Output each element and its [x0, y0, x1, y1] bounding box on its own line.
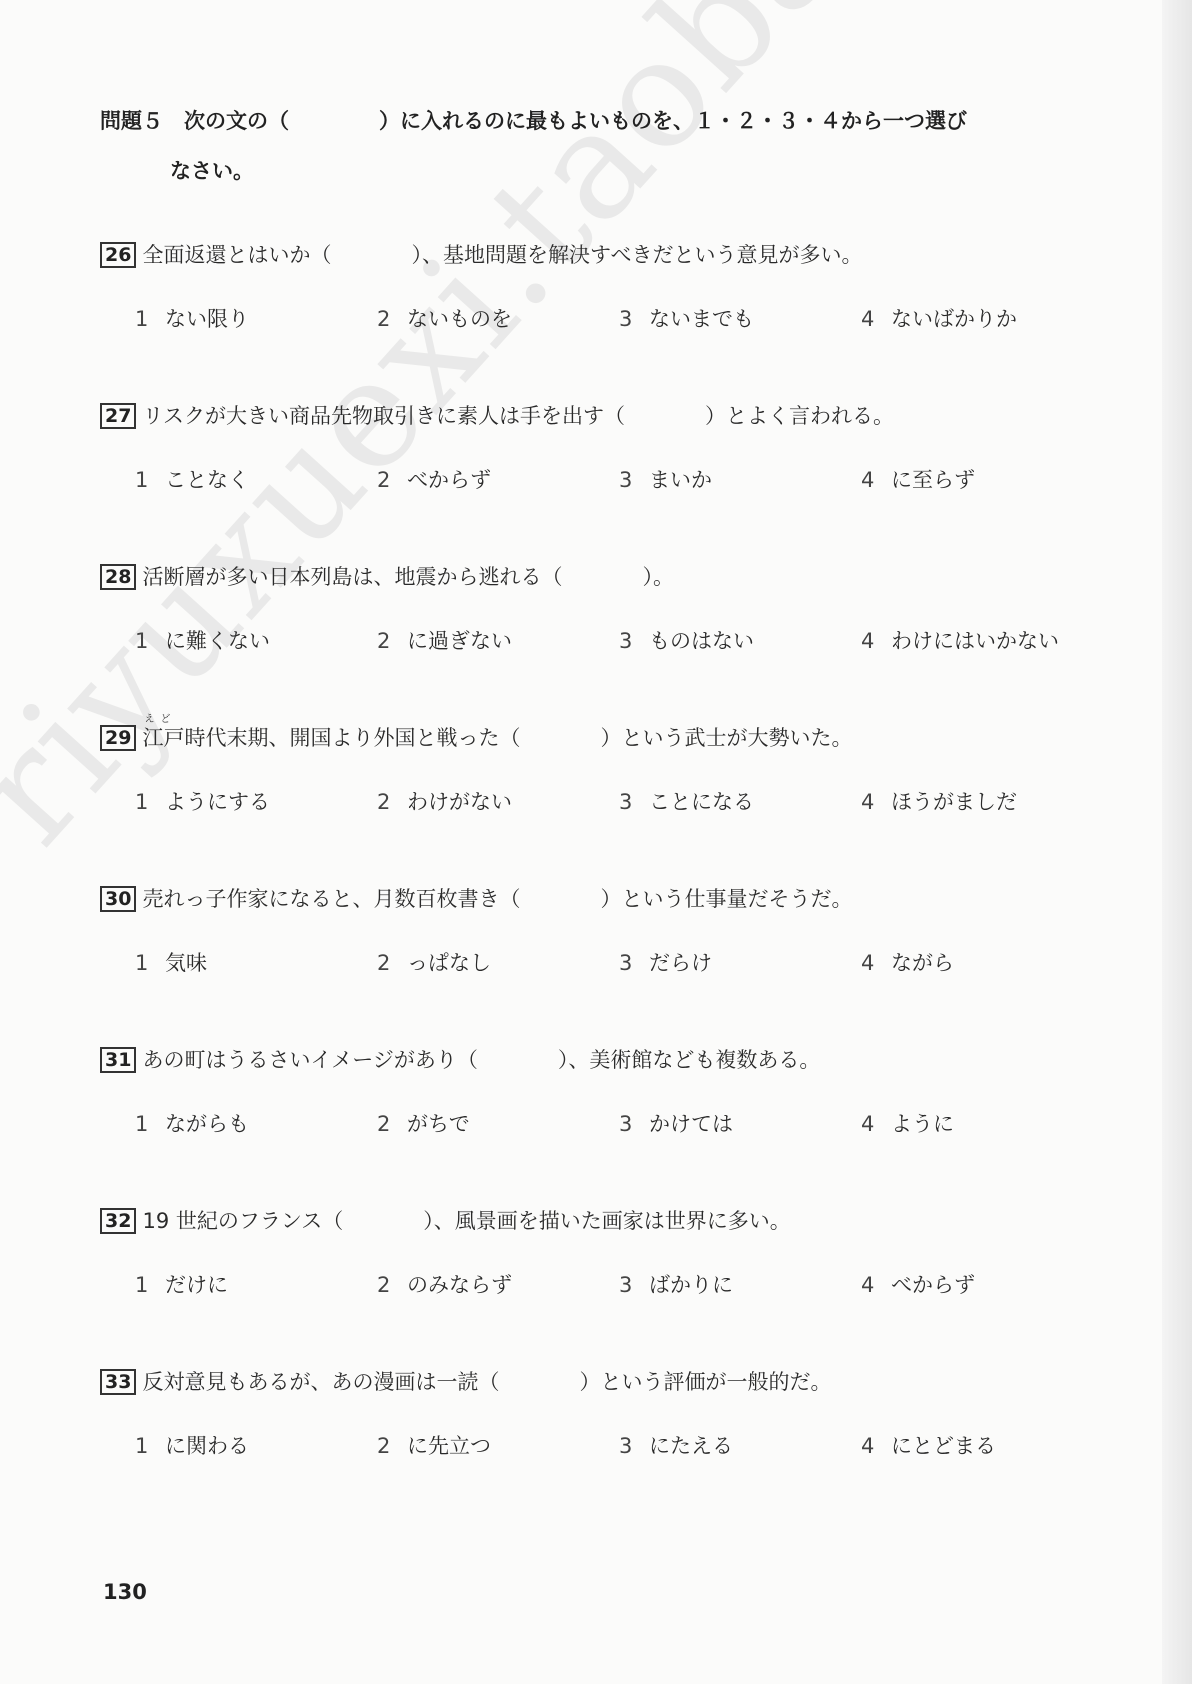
question-number-box: 32: [100, 1208, 136, 1234]
question-stem: 31 あの町はうるさいイメージがあり（）、美術館なども複数ある。: [100, 1045, 1100, 1075]
option-2[interactable]: 2に過ぎない: [342, 626, 584, 656]
question-29: 29 えど江戸時代末期、開国より外国と戦った（）という武士が大勢いた。 1ように…: [100, 723, 1100, 817]
ruby-annotated-word: えど江戸: [142, 723, 184, 753]
page-number: 130: [103, 1580, 147, 1604]
option-1[interactable]: 1ことなく: [100, 465, 342, 495]
option-3[interactable]: 3ばかりに: [584, 1270, 826, 1300]
question-stem: 27 リスクが大きい商品先物取引きに素人は手を出す（）とよく言われる。: [100, 401, 1100, 431]
question-number-box: 26: [100, 242, 136, 268]
option-1[interactable]: 1ない限り: [100, 304, 342, 334]
option-4[interactable]: 4べからず: [826, 1270, 1068, 1300]
option-4[interactable]: 4ほうがましだ: [826, 787, 1068, 817]
question-number-box: 28: [100, 564, 136, 590]
option-1[interactable]: 1ようにする: [100, 787, 342, 817]
question-number-box: 27: [100, 403, 136, 429]
question-stem: 32 19 世紀のフランス（）、風景画を描いた画家は世界に多い。: [100, 1206, 1100, 1236]
option-2[interactable]: 2べからず: [342, 465, 584, 495]
option-1[interactable]: 1ながらも: [100, 1109, 342, 1139]
option-4[interactable]: 4にとどまる: [826, 1431, 1068, 1461]
question-stem: 26 全面返還とはいか（）、基地問題を解決すべきだという意見が多い。: [100, 240, 1100, 270]
option-3[interactable]: 3まいか: [584, 465, 826, 495]
answer-options: 1気味 2っぱなし 3だらけ 4ながら: [100, 948, 1100, 978]
section-instructions: 問題５ 次の文の（）に入れるのに最もよいものを、１・２・３・４から一つ選び なさ…: [100, 96, 1100, 196]
question-31: 31 あの町はうるさいイメージがあり（）、美術館なども複数ある。 1ながらも 2…: [100, 1045, 1100, 1139]
question-stem: 28 活断層が多い日本列島は、地震から逃れる（）。: [100, 562, 1100, 592]
question-28: 28 活断層が多い日本列島は、地震から逃れる（）。 1に難くない 2に過ぎない …: [100, 562, 1100, 656]
option-1[interactable]: 1に関わる: [100, 1431, 342, 1461]
option-1[interactable]: 1に難くない: [100, 626, 342, 656]
option-2[interactable]: 2っぱなし: [342, 948, 584, 978]
question-27: 27 リスクが大きい商品先物取引きに素人は手を出す（）とよく言われる。 1ことな…: [100, 401, 1100, 495]
answer-options: 1に難くない 2に過ぎない 3ものはない 4わけにはいかない: [100, 626, 1100, 656]
option-2[interactable]: 2がちで: [342, 1109, 584, 1139]
option-4[interactable]: 4ながら: [826, 948, 1068, 978]
option-3[interactable]: 3ことになる: [584, 787, 826, 817]
answer-options: 1に関わる 2に先立つ 3にたえる 4にとどまる: [100, 1431, 1100, 1461]
question-number-box: 30: [100, 886, 136, 912]
question-number-box: 31: [100, 1047, 136, 1073]
option-3[interactable]: 3ないまでも: [584, 304, 826, 334]
option-3[interactable]: 3にたえる: [584, 1431, 826, 1461]
option-2[interactable]: 2に先立つ: [342, 1431, 584, 1461]
question-number-box: 29: [100, 725, 136, 751]
page-edge-shadow: [1162, 0, 1192, 1684]
option-2[interactable]: 2ないものを: [342, 304, 584, 334]
option-1[interactable]: 1だけに: [100, 1270, 342, 1300]
option-4[interactable]: 4に至らず: [826, 465, 1068, 495]
option-4[interactable]: 4わけにはいかない: [826, 626, 1068, 656]
option-4[interactable]: 4ように: [826, 1109, 1068, 1139]
question-stem: 33 反対意見もあるが、あの漫画は一読（）という評価が一般的だ。: [100, 1367, 1100, 1397]
answer-options: 1だけに 2のみならず 3ばかりに 4べからず: [100, 1270, 1100, 1300]
question-32: 32 19 世紀のフランス（）、風景画を描いた画家は世界に多い。 1だけに 2の…: [100, 1206, 1100, 1300]
question-stem: 30 売れっ子作家になると、月数百枚書き（）という仕事量だそうだ。: [100, 884, 1100, 914]
option-3[interactable]: 3かけては: [584, 1109, 826, 1139]
answer-options: 1ない限り 2ないものを 3ないまでも 4ないばかりか: [100, 304, 1100, 334]
answer-options: 1ことなく 2べからず 3まいか 4に至らず: [100, 465, 1100, 495]
answer-options: 1ながらも 2がちで 3かけては 4ように: [100, 1109, 1100, 1139]
instructions-line-2: なさい。: [100, 146, 1100, 196]
question-number-box: 33: [100, 1369, 136, 1395]
option-4[interactable]: 4ないばかりか: [826, 304, 1068, 334]
option-3[interactable]: 3ものはない: [584, 626, 826, 656]
option-3[interactable]: 3だらけ: [584, 948, 826, 978]
instructions-line-1: 問題５ 次の文の（）に入れるのに最もよいものを、１・２・３・４から一つ選び: [100, 96, 1100, 146]
question-stem: 29 えど江戸時代末期、開国より外国と戦った（）という武士が大勢いた。: [100, 723, 1100, 753]
question-33: 33 反対意見もあるが、あの漫画は一読（）という評価が一般的だ。 1に関わる 2…: [100, 1367, 1100, 1461]
question-26: 26 全面返還とはいか（）、基地問題を解決すべきだという意見が多い。 1ない限り…: [100, 240, 1100, 334]
answer-options: 1ようにする 2わけがない 3ことになる 4ほうがましだ: [100, 787, 1100, 817]
question-30: 30 売れっ子作家になると、月数百枚書き（）という仕事量だそうだ。 1気味 2っ…: [100, 884, 1100, 978]
option-2[interactable]: 2のみならず: [342, 1270, 584, 1300]
furigana: えど: [144, 705, 176, 735]
option-2[interactable]: 2わけがない: [342, 787, 584, 817]
option-1[interactable]: 1気味: [100, 948, 342, 978]
